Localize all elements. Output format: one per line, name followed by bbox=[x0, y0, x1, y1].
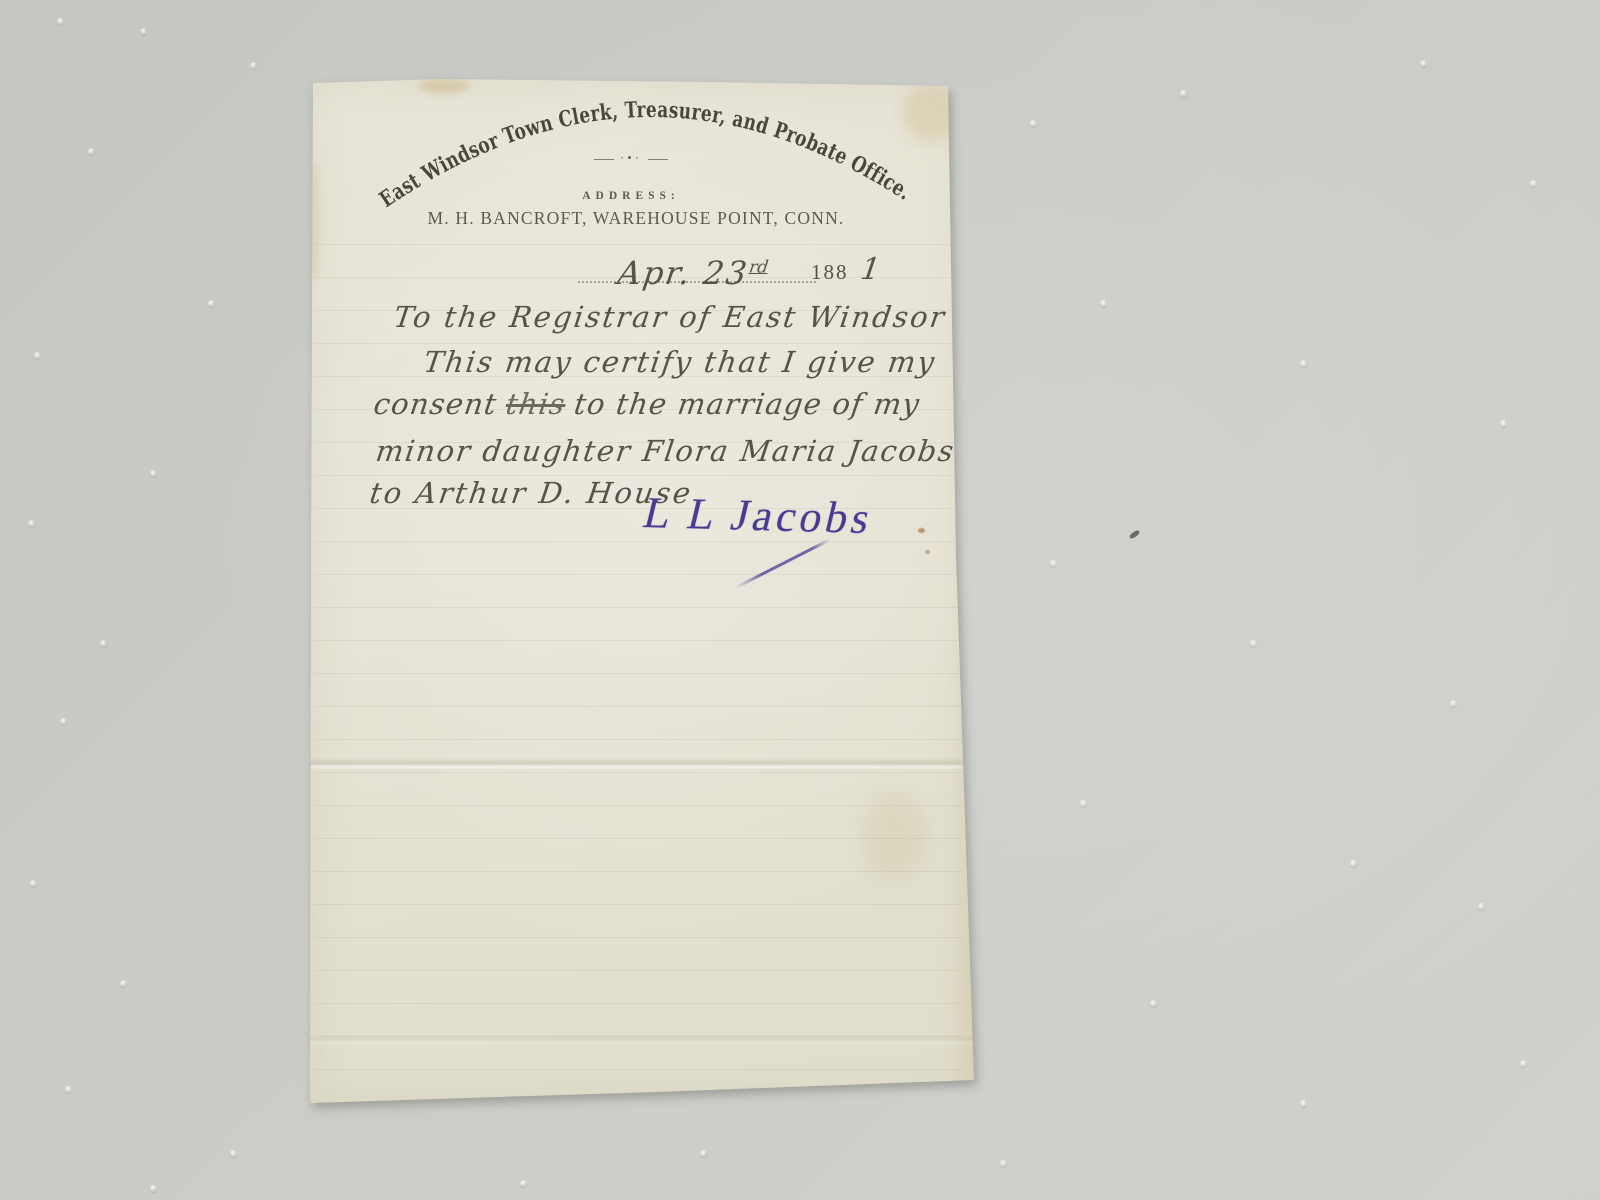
wall-bump bbox=[100, 640, 107, 647]
body-line-3-post: to the marriage of my bbox=[572, 387, 922, 421]
wall-bump bbox=[60, 718, 67, 725]
date-month-day: Apr. 23 bbox=[615, 254, 751, 292]
handwritten-date: Apr. 23rd bbox=[615, 254, 770, 292]
wall-bump bbox=[1420, 60, 1427, 67]
wall-bump bbox=[1150, 1000, 1157, 1007]
wall-bump bbox=[250, 62, 257, 69]
fold-crease bbox=[306, 758, 974, 770]
body-line-3: consentthisto the marriage of my bbox=[372, 387, 932, 421]
printed-year-prefix: 188 bbox=[811, 260, 849, 285]
address-label: ADDRESS: bbox=[306, 190, 956, 202]
wall-bump bbox=[150, 1185, 157, 1192]
wall-bump bbox=[1080, 800, 1087, 807]
paper-sheet: East Windsor Town Clerk, Treasurer, and … bbox=[306, 76, 974, 1104]
wall-bump bbox=[65, 1086, 72, 1093]
struck-word: this bbox=[504, 387, 568, 421]
wall-bump bbox=[230, 1150, 237, 1157]
wall-bump bbox=[700, 1150, 707, 1157]
wall-bump bbox=[57, 18, 64, 25]
wall-mark bbox=[1129, 529, 1141, 539]
divider-ornament: ·•· bbox=[306, 150, 956, 166]
wall-bump bbox=[30, 880, 37, 887]
wall-bump bbox=[140, 28, 147, 35]
wall-bump bbox=[1000, 1160, 1007, 1167]
wall-bump bbox=[1300, 360, 1307, 367]
wall-bump bbox=[1530, 180, 1537, 187]
body-line-2: This may certify that I give my bbox=[422, 345, 939, 379]
signature: L L Jacobs bbox=[639, 487, 880, 544]
date-line: Apr. 23rd 188 1 bbox=[576, 244, 906, 290]
wall-bump bbox=[150, 470, 157, 477]
wall-bump bbox=[88, 148, 95, 155]
body-line-4: minor daughter Flora Maria Jacobs bbox=[374, 434, 958, 468]
wall-bump bbox=[1300, 1100, 1307, 1107]
body-line-3-pre: consent bbox=[372, 387, 500, 421]
handwritten-year-digit: 1 bbox=[859, 252, 883, 287]
wall-bump bbox=[1050, 560, 1057, 567]
wall-bump bbox=[1100, 300, 1107, 307]
fold-crease-faint bbox=[306, 1034, 974, 1046]
wall-bump bbox=[120, 980, 127, 987]
address-value: M. H. BANCROFT, WAREHOUSE POINT, CONN. bbox=[306, 208, 966, 229]
wall-bump bbox=[1350, 860, 1357, 867]
wall-bump bbox=[1030, 120, 1037, 127]
wall-bump bbox=[34, 352, 41, 359]
wall-bump bbox=[28, 520, 35, 527]
wall-bump bbox=[1250, 640, 1257, 647]
wall-bump bbox=[208, 300, 215, 307]
body-line-salutation: To the Registrar of East Windsor bbox=[392, 300, 949, 334]
wall-bump bbox=[1478, 903, 1485, 910]
wall-bump bbox=[1450, 700, 1457, 707]
wall-bump bbox=[1180, 90, 1187, 97]
letter-document: East Windsor Town Clerk, Treasurer, and … bbox=[306, 76, 974, 1104]
wall-bump bbox=[1500, 420, 1507, 427]
wall-bump bbox=[520, 1180, 527, 1187]
wall-bump bbox=[1520, 1060, 1527, 1067]
date-ordinal-suffix: rd bbox=[748, 257, 770, 277]
